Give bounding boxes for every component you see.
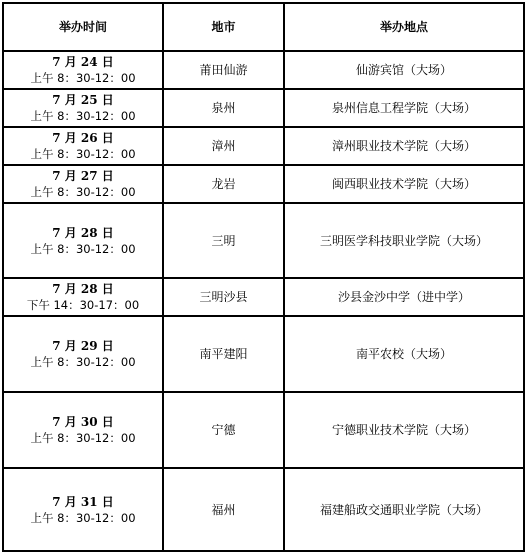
time-text: 上午 8：30-12：00 [4, 108, 162, 124]
time-cell: 7 月 24 日上午 8：30-12：00 [3, 51, 163, 89]
time-text: 上午 8：30-12：00 [4, 510, 162, 526]
date-text: 7 月 25 日 [4, 92, 162, 108]
venue-cell: 闽西职业技术学院（大场） [284, 165, 524, 203]
time-text: 上午 8：30-12：00 [4, 146, 162, 162]
venue-cell: 福建船政交通职业学院（大场） [284, 468, 524, 551]
table-row: 7 月 25 日上午 8：30-12：00泉州泉州信息工程学院（大场） [3, 89, 524, 127]
time-cell: 7 月 27 日上午 8：30-12：00 [3, 165, 163, 203]
time-cell: 7 月 28 日上午 8：30-12：00 [3, 203, 163, 278]
city-cell: 南平建阳 [163, 316, 284, 392]
venue-cell: 漳州职业技术学院（大场） [284, 127, 524, 165]
city-cell: 三明 [163, 203, 284, 278]
date-text: 7 月 27 日 [4, 168, 162, 184]
time-cell: 7 月 29 日上午 8：30-12：00 [3, 316, 163, 392]
venue-cell: 沙县金沙中学（进中学） [284, 278, 524, 316]
header-time: 举办时间 [3, 3, 163, 51]
header-city: 地市 [163, 3, 284, 51]
city-cell: 漳州 [163, 127, 284, 165]
venue-cell: 宁德职业技术学院（大场） [284, 392, 524, 468]
time-cell: 7 月 31 日上午 8：30-12：00 [3, 468, 163, 551]
time-text: 上午 8：30-12：00 [4, 184, 162, 200]
venue-cell: 泉州信息工程学院（大场） [284, 89, 524, 127]
city-cell: 龙岩 [163, 165, 284, 203]
venue-cell: 仙游宾馆（大场） [284, 51, 524, 89]
date-text: 7 月 31 日 [4, 494, 162, 510]
city-cell: 宁德 [163, 392, 284, 468]
city-cell: 福州 [163, 468, 284, 551]
date-text: 7 月 24 日 [4, 54, 162, 70]
table-row: 7 月 30 日上午 8：30-12：00宁德宁德职业技术学院（大场） [3, 392, 524, 468]
date-text: 7 月 30 日 [4, 414, 162, 430]
venue-cell: 南平农校（大场） [284, 316, 524, 392]
table-row: 7 月 27 日上午 8：30-12：00龙岩闽西职业技术学院（大场） [3, 165, 524, 203]
city-cell: 三明沙县 [163, 278, 284, 316]
time-text: 下午 14：30-17：00 [4, 297, 162, 313]
time-text: 上午 8：30-12：00 [4, 241, 162, 257]
table-row: 7 月 29 日上午 8：30-12：00南平建阳南平农校（大场） [3, 316, 524, 392]
table-row: 7 月 26 日上午 8：30-12：00漳州漳州职业技术学院（大场） [3, 127, 524, 165]
city-cell: 莆田仙游 [163, 51, 284, 89]
time-text: 上午 8：30-12：00 [4, 430, 162, 446]
date-text: 7 月 28 日 [4, 225, 162, 241]
time-cell: 7 月 28 日下午 14：30-17：00 [3, 278, 163, 316]
table-row: 7 月 31 日上午 8：30-12：00福州福建船政交通职业学院（大场） [3, 468, 524, 551]
time-text: 上午 8：30-12：00 [4, 70, 162, 86]
schedule-table: 举办时间 地市 举办地点 7 月 24 日上午 8：30-12：00莆田仙游仙游… [2, 2, 525, 552]
venue-cell: 三明医学科技职业学院（大场） [284, 203, 524, 278]
time-cell: 7 月 26 日上午 8：30-12：00 [3, 127, 163, 165]
date-text: 7 月 26 日 [4, 130, 162, 146]
header-row: 举办时间 地市 举办地点 [3, 3, 524, 51]
date-text: 7 月 28 日 [4, 281, 162, 297]
header-venue: 举办地点 [284, 3, 524, 51]
table-row: 7 月 24 日上午 8：30-12：00莆田仙游仙游宾馆（大场） [3, 51, 524, 89]
table-row: 7 月 28 日下午 14：30-17：00三明沙县沙县金沙中学（进中学） [3, 278, 524, 316]
city-cell: 泉州 [163, 89, 284, 127]
table-row: 7 月 28 日上午 8：30-12：00三明三明医学科技职业学院（大场） [3, 203, 524, 278]
time-cell: 7 月 30 日上午 8：30-12：00 [3, 392, 163, 468]
time-text: 上午 8：30-12：00 [4, 354, 162, 370]
date-text: 7 月 29 日 [4, 338, 162, 354]
time-cell: 7 月 25 日上午 8：30-12：00 [3, 89, 163, 127]
